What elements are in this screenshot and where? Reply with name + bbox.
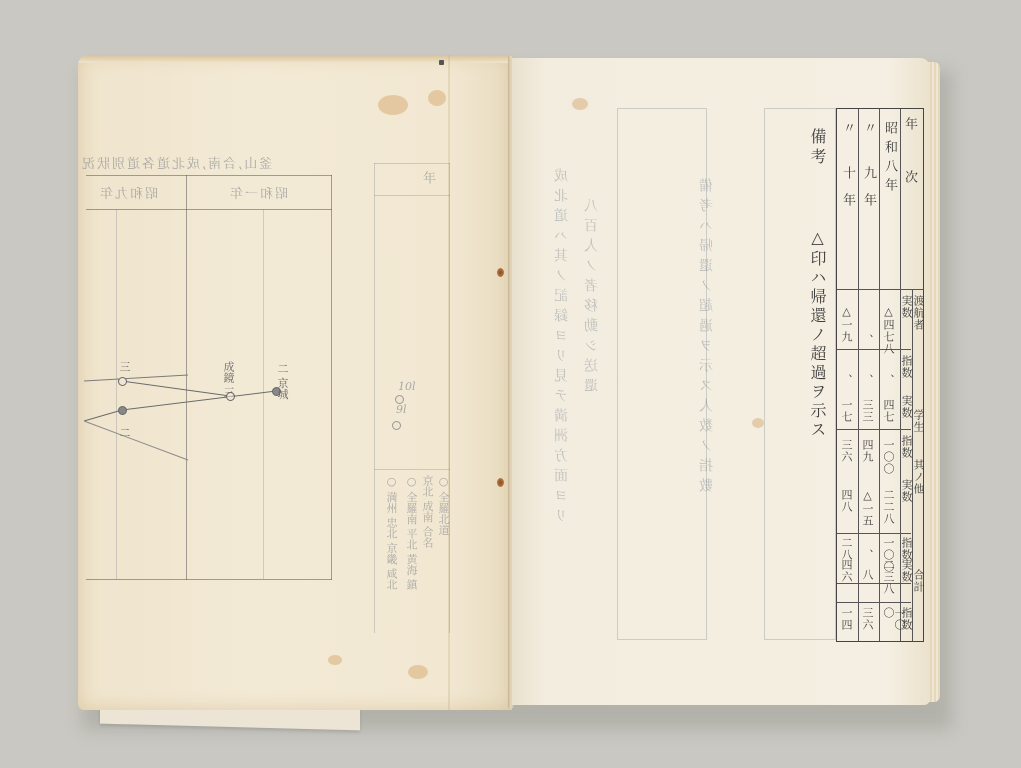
table-cell: 三六: [841, 439, 852, 463]
remark-text: △印ハ帰還ノ超過ヲ示ス: [806, 228, 829, 440]
row-year: 〃 九年: [862, 121, 875, 220]
table-cell: 一七: [841, 399, 852, 423]
column-label: 指数: [901, 355, 912, 379]
binding-hole: [497, 268, 504, 277]
table-cell: 、: [883, 374, 894, 386]
group-label: 合計: [913, 569, 924, 593]
column-label: 実数: [901, 295, 912, 319]
faint-mark: 10l: [398, 380, 416, 393]
statistics-table: 年次 昭和八年 〃 九年 〃 十年 渡航者 学生 其ノ他 合計 実数 指数 実数…: [836, 108, 924, 642]
foldout-node: [395, 395, 404, 404]
table-cell: 四六: [841, 559, 852, 583]
table-cell: 三三: [862, 399, 873, 423]
table-cell: 一〇〇: [883, 607, 905, 641]
foldout-note: 京北 成南 合名: [419, 475, 435, 548]
node-label: 三: [116, 361, 132, 372]
column-label: 実数: [901, 479, 912, 503]
table-cell: 二二八: [883, 489, 894, 525]
diagram-node: [118, 406, 127, 415]
remark-label: 備考: [806, 128, 829, 168]
foldout-note: ○ 全羅南 平北 黄海 鎮: [403, 475, 419, 590]
staple: [439, 60, 444, 65]
route-diagram: [78, 55, 512, 710]
foldout-note: ○ 全羅北道: [435, 475, 451, 536]
faint-mark: 9l: [396, 403, 407, 416]
table-cell: 、: [862, 549, 873, 561]
bleed-through-table: [617, 108, 707, 640]
table-cell: 二三八: [883, 559, 894, 595]
foldout-node: [392, 421, 401, 430]
table-cell: 二八: [841, 537, 852, 561]
bleed-through-text: 八百人ノ者移動シ送還: [582, 198, 602, 398]
column-label: 指数: [901, 537, 912, 561]
group-label: 其ノ他: [913, 459, 924, 495]
table-cell: 四七: [883, 399, 894, 423]
table-cell: △一五: [862, 489, 873, 527]
node-label: 成鏡 三: [220, 361, 236, 398]
table-cell: 四八: [841, 489, 852, 513]
table-cell: 四九: [862, 439, 873, 463]
table-cell: △四七八: [883, 305, 894, 355]
binding-hole: [497, 478, 504, 487]
table-cell: 三六: [862, 607, 873, 631]
table-cell: 、: [862, 334, 873, 346]
foldout-header: 年: [418, 171, 437, 184]
column-label: 実数: [901, 395, 912, 419]
group-label: 渡航者: [913, 295, 924, 331]
column-label: 実数: [901, 559, 912, 583]
table-cell: 一〇〇: [883, 439, 894, 475]
table-cell: 、: [862, 374, 873, 386]
table-cell: △一九: [841, 305, 852, 343]
foldout-note: ○ 満州 忠北 京畿 咸北: [383, 475, 399, 590]
table-cell: 一四: [841, 607, 852, 631]
column-label: 指数: [901, 435, 912, 459]
row-year: 昭和八年: [883, 121, 896, 197]
node-label: 二: [116, 427, 132, 438]
header-year: 年次: [903, 117, 916, 223]
left-page: 釜山,合南,成北道各道別狀況 昭和一年 昭和九年 三 成鏡 三 二 京城 二 年…: [78, 55, 512, 710]
bleed-through-text: 成北道ハ其ノ記録ヨリ見テ満洲方面ヨリ: [552, 168, 572, 528]
table-cell: 八: [862, 569, 873, 581]
table-cell: 、: [841, 374, 852, 386]
row-year: 〃 十年: [841, 121, 854, 220]
diagram-node: [118, 377, 127, 386]
bleed-through-text: 備考ハ帰還ノ超過ヲ示ス人数ノ指數: [697, 178, 717, 498]
node-label: 二 京城: [274, 363, 290, 400]
group-label: 学生: [913, 409, 924, 433]
